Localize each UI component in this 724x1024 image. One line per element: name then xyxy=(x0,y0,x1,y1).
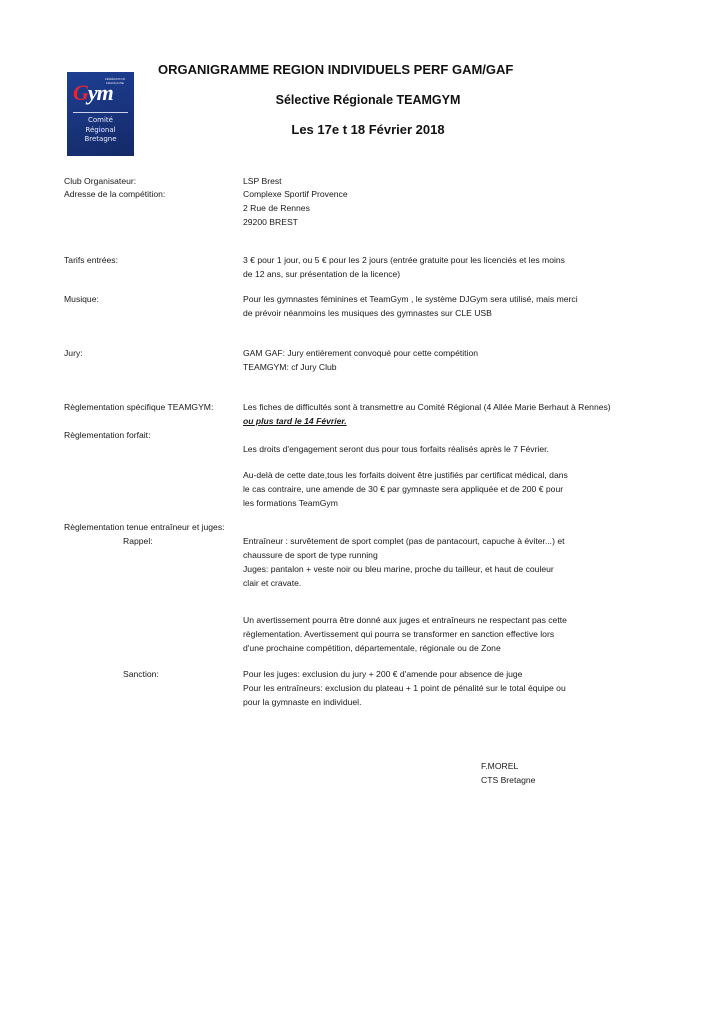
avertissement-line-2: règlementation. Avertissement qui pourra… xyxy=(243,628,554,641)
avertissement-line-3: d'une prochaine compétition, département… xyxy=(243,642,501,655)
document-subtitle: Sélective Régionale TEAMGYM xyxy=(188,93,548,107)
club-value: LSP Brest xyxy=(243,175,282,188)
sanction-line-3: pour la gymnaste en individuel. xyxy=(243,696,361,709)
sanction-line-2: Pour les entraîneurs: exclusion du plate… xyxy=(243,682,566,695)
reglementation-teamgym-label: Règlementation spécifique TEAMGYM: xyxy=(64,401,213,414)
reglementation-forfait-label: Règlementation forfait: xyxy=(64,429,150,442)
event-dates: Les 17e t 18 Février 2018 xyxy=(188,122,548,137)
address-label: Adresse de la compétition: xyxy=(64,188,165,201)
forfait-paragraph-2-line-2: le cas contraire, une amende de 30 € par… xyxy=(243,483,563,496)
tenue-label: Règlementation tenue entraîneur et juges… xyxy=(64,521,225,534)
sanction-label: Sanction: xyxy=(123,668,159,681)
rappel-line-3: Juges: pantalon + veste noir ou bleu mar… xyxy=(243,563,554,576)
comite-regional-logo: FÉDÉRATION FRANÇAISE Gym Comité Régional… xyxy=(67,72,134,156)
forfait-paragraph-2-line-3: les formations TeamGym xyxy=(243,497,338,510)
forfait-paragraph-2-line-1: Au-delà de cette date,tous les forfaits … xyxy=(243,469,568,482)
jury-line-1: GAM GAF: Jury entièrement convoqué pour … xyxy=(243,347,478,360)
musique-line-2: de prévoir néanmoins les musiques des gy… xyxy=(243,307,492,320)
rappel-line-1: Entraîneur : survêtement de sport comple… xyxy=(243,535,565,548)
musique-label: Musique: xyxy=(64,293,99,306)
sanction-line-1: Pour les juges: exclusion du jury + 200 … xyxy=(243,668,522,681)
jury-label: Jury: xyxy=(64,347,83,360)
reglementation-teamgym-text: Les fiches de difficultés sont à transme… xyxy=(243,401,611,414)
signature-name: F.MOREL xyxy=(481,760,518,773)
musique-line-1: Pour les gymnastes féminines et TeamGym … xyxy=(243,293,578,306)
address-line-1: Complexe Sportif Provence xyxy=(243,188,348,201)
forfait-paragraph-1: Les droits d'engagement seront dus pour … xyxy=(243,443,549,456)
address-line-3: 29200 BREST xyxy=(243,216,298,229)
signature-role: CTS Bretagne xyxy=(481,774,535,787)
rappel-line-4: clair et cravate. xyxy=(243,577,301,590)
logo-divider xyxy=(73,112,128,113)
avertissement-line-1: Un avertissement pourra être donné aux j… xyxy=(243,614,567,627)
tarifs-label: Tarifs entrées: xyxy=(64,254,118,267)
jury-line-2: TEAMGYM: cf Jury Club xyxy=(243,361,337,374)
logo-gym-wordmark: Gym xyxy=(73,81,113,105)
club-label: Club Organisateur: xyxy=(64,175,136,188)
tarifs-line-2: de 12 ans, sur présentation de la licenc… xyxy=(243,268,400,281)
tarifs-line-1: 3 € pour 1 jour, ou 5 € pour les 2 jours… xyxy=(243,254,565,267)
rappel-label: Rappel: xyxy=(123,535,153,548)
rappel-line-2: chaussure de sport de type running xyxy=(243,549,378,562)
document-title: ORGANIGRAMME REGION INDIVIDUELS PERF GAM… xyxy=(150,62,588,77)
reglementation-teamgym-deadline: ou plus tard le 14 Février. xyxy=(243,415,347,428)
logo-caption: Comité Régional Bretagne xyxy=(67,116,134,145)
address-line-2: 2 Rue de Rennes xyxy=(243,202,310,215)
